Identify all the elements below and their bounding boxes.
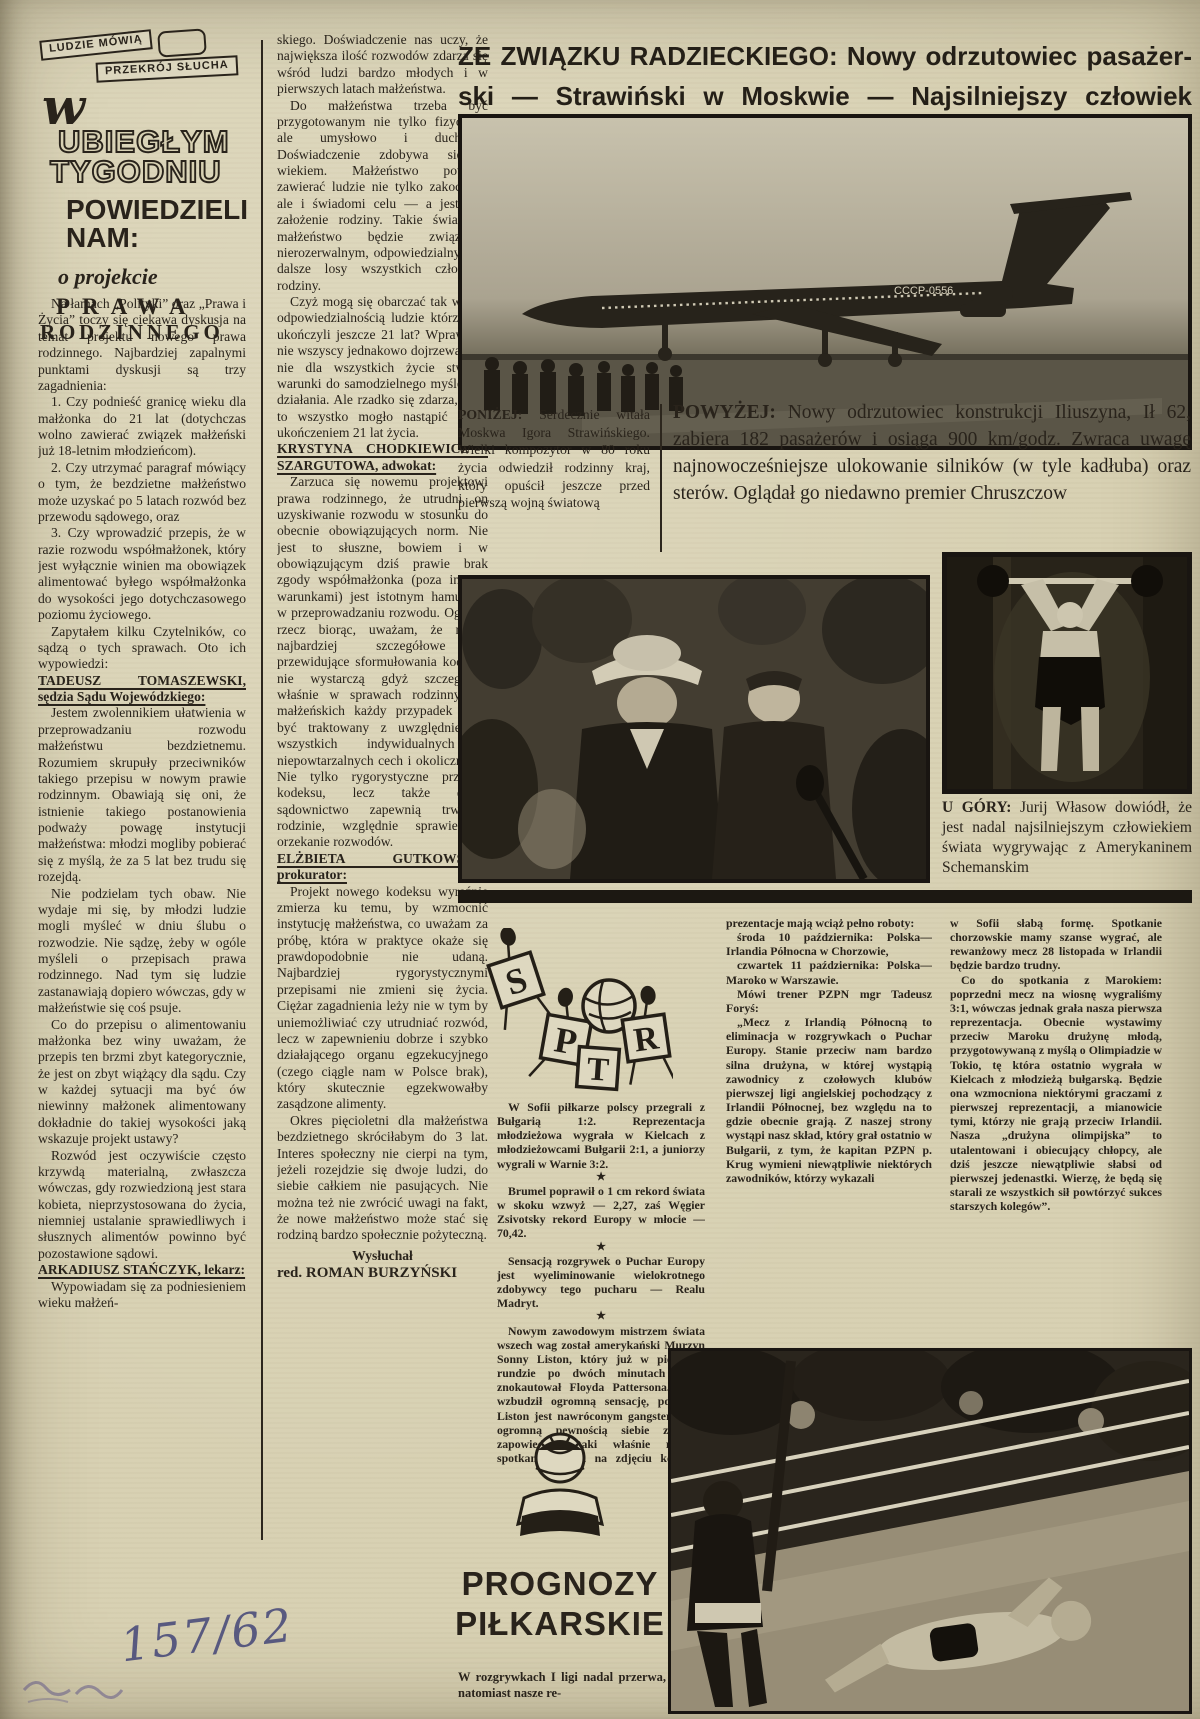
paragraph: Zapytałem kilku Czytelników, co sądzą o …	[38, 624, 246, 673]
sport-item: czwartek 11 października: Polska—Maroko …	[726, 958, 932, 986]
liston-patterson-boxing-photo	[668, 1348, 1192, 1714]
column-1: Na łamach „Polityki” oraz „Prawa i Życia…	[38, 296, 246, 1534]
ribbon-przekroj-slucha: PRZEKRÓJ SŁUCHA	[96, 55, 239, 82]
footballer-icon	[512, 1428, 608, 1560]
ink-smudge	[18, 1650, 128, 1710]
svg-text:T: T	[586, 1051, 610, 1088]
foreground-blur	[518, 789, 586, 869]
interviewee-heading: ARKADIUSZ STAŃCZYK, lekarz:	[38, 1262, 246, 1278]
paragraph: Nie podzielam tych obaw. Nie wydaje mi s…	[38, 886, 246, 1017]
ribbon-banner: LUDZIE MÓWIĄ	[40, 30, 245, 56]
handwritten-note: 157/62	[118, 1602, 296, 1669]
masthead-o-projekcie: o projekcie	[58, 265, 245, 289]
paragraph: Wypowiadam się za podniesieniem wieku ma…	[38, 1279, 246, 1312]
signature-heard-by: Wysłuchał	[277, 1248, 488, 1264]
column-divider	[261, 40, 263, 1540]
paragraph: Co do przepisu o alimentowaniu małżonka …	[38, 1017, 246, 1148]
interviewee-heading: TADEUSZ TOMASZEWSKI, sędzia Sądu Wojewód…	[38, 673, 246, 706]
paragraph: Projekt nowego kodeksu wyraźnie zmierza …	[277, 884, 488, 1113]
sport-column-b: prezentacje mają wciąż pełno roboty: śro…	[726, 916, 932, 1344]
interviewee-heading: ELŻBIETA GUTKOWSKA, prokurator:	[277, 851, 488, 884]
sport-logo-blocks: S P	[478, 928, 673, 1089]
paragraph: Rozwód jest oczywiście często krzywdą ma…	[38, 1148, 246, 1263]
caption-ugory: U GÓRY: Jurij Własow dowiódł, że jest na…	[942, 798, 1192, 879]
sport-item: Brumel poprawił o 1 cm rekord świata w s…	[497, 1184, 705, 1241]
masthead-ubieglym: UBIEGŁYM	[58, 127, 245, 157]
sport-item: prezentacje mają wciąż pełno roboty:	[726, 916, 932, 930]
caption-label: PONIŻEJ:	[458, 407, 522, 422]
sport-item: Sensacją rozgrywek o Puchar Europy jest …	[497, 1254, 705, 1311]
stravinsky-moscow-photo	[458, 575, 930, 883]
fuselage-marking: CCCP-0556	[894, 285, 953, 297]
interviewee-heading: KRYSTYNA CHODKIEWICZ - SZARGUTOWA, adwok…	[277, 441, 488, 474]
newspaper-page: LUDZIE MÓWIĄ PRZEKRÓJ SŁUCHA w UBIEGŁYM …	[0, 0, 1200, 1719]
masthead-nam: NAM:	[66, 224, 245, 251]
paragraph: Zarzuca się nowemu projektowi prawa rodz…	[277, 474, 488, 851]
sport-logo: S P	[478, 928, 673, 1096]
section-divider-bar	[458, 890, 1192, 903]
paragraph: 3. Czy wprowadzić przepis, że w razie ro…	[38, 525, 246, 623]
caption-divider	[660, 404, 662, 552]
paragraph: Czyż mogą się obarczać tak wielką odpowi…	[277, 294, 488, 441]
sport-logo-art: S P	[478, 928, 673, 1096]
caption-text: Serdecznie witała Moskwa Igora Strawińsk…	[458, 407, 650, 510]
paragraph: Okres pięcioletni dla małżeństwa bezdzie…	[277, 1113, 488, 1244]
masthead-script-w: w	[42, 87, 245, 127]
caption-powyzej: POWYŻEJ: Nowy odrzutowiec konstrukcji Il…	[673, 400, 1191, 508]
boxing-photo-art	[671, 1351, 1189, 1711]
column-2: skiego. Doświadczenie nas uczy, że najwi…	[277, 32, 488, 1534]
paragraph: 2. Czy utrzymać paragraf mówiący o tym, …	[38, 460, 246, 526]
paragraph: skiego. Doświadczenie nas uczy, że najwi…	[277, 32, 488, 98]
masthead-tygodniu: TYGODNIU	[50, 157, 245, 187]
sport-item: Mówi trener PZPN mgr Tadeusz Foryś:	[726, 987, 932, 1015]
caption-ponizej: PONIŻEJ: Serdecznie witała Moskwa Igora …	[458, 406, 650, 512]
headline-line-1: ZE ZWIĄZKU RADZIECKIEGO: Nowy odrzutowie…	[458, 36, 1192, 76]
signature-editor: red. ROMAN BURZYŃSKI	[277, 1264, 488, 1282]
prognozy-line-1: PROGNOZY	[452, 1564, 668, 1604]
prognozy-line-2: PIŁKARSKIE	[452, 1604, 668, 1644]
weightlifter-photo-art	[947, 557, 1187, 789]
prognozy-text: W rozgrywkach I ligi nadal przerwa, nato…	[458, 1670, 666, 1701]
caption-label: U GÓRY:	[942, 799, 1011, 816]
sport-item: „Mecz z Irlandią Północną to eliminacja …	[726, 1015, 932, 1185]
paragraph: Na łamach „Polityki” oraz „Prawa i Życia…	[38, 296, 246, 394]
stravinsky-figure	[570, 635, 724, 879]
star-separator: ★	[497, 1310, 705, 1323]
star-separator: ★	[497, 1241, 705, 1254]
masthead-powiedzieli: POWIEDZIELI	[66, 196, 245, 223]
sport-item: w Sofii słabą formę. Spotkanie chorzowsk…	[950, 916, 1162, 973]
star-separator: ★	[497, 1171, 705, 1184]
cloud-icon	[157, 28, 207, 57]
sport-column-c: w Sofii słabą formę. Spotkanie chorzowsk…	[950, 916, 1162, 1348]
stravinsky-photo-art	[462, 579, 926, 879]
paragraph: Do małżeństwa trzeba być przygotowanym n…	[277, 98, 488, 295]
vlasov-weightlifter-photo	[942, 552, 1192, 794]
ribbon-ludzie-mowia: LUDZIE MÓWIĄ	[39, 29, 152, 60]
sport-item: W Sofii piłkarze polscy przegrali z Bułg…	[497, 1100, 705, 1171]
paragraph: Jestem zwolennikiem ułatwienia w przepro…	[38, 705, 246, 885]
footballer-icon-art	[512, 1428, 608, 1560]
sport-item: środa 10 października: Polska—Irlandia P…	[726, 930, 932, 958]
paragraph: 1. Czy podnieść granicę wieku dla małżon…	[38, 394, 246, 460]
sport-item: Co do spotkania z Marokiem: poprzedni me…	[950, 973, 1162, 1214]
il62-photo-art: CCCP-0556	[462, 118, 1188, 446]
caption-label: POWYŻEJ:	[673, 402, 776, 423]
prognozy-heading: PROGNOZY PIŁKARSKIE	[452, 1564, 668, 1645]
